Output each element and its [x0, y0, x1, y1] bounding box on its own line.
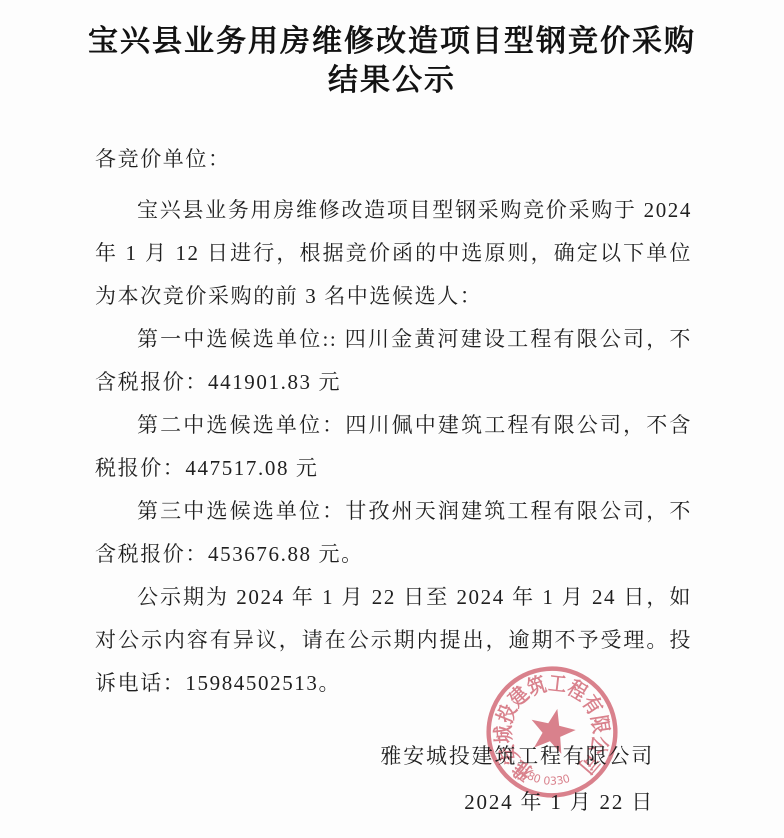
document-title-line-1: 宝兴县业务用房维修改造项目型钢竞价采购: [40, 22, 744, 61]
document-title: 宝兴县业务用房维修改造项目型钢竞价采购 结果公示: [40, 22, 744, 100]
signature-date: 2024 年 1 月 22 日: [0, 779, 654, 825]
signature-block: 雅安城投建筑工程有限公司 2024 年 1 月 22 日: [0, 733, 784, 825]
scanned-document-page: 宝兴县业务用房维修改造项目型钢竞价采购 结果公示 各竞价单位： 宝兴县业务用房维…: [0, 0, 784, 838]
paragraph-candidate-1: 第一中选候选单位:: 四川金黄河建设工程有限公司，不含税报价：441901.83…: [95, 318, 692, 404]
document-body: 各竞价单位： 宝兴县业务用房维修改造项目型钢采购竞价采购于 2024 年 1 月…: [95, 138, 692, 705]
paragraph-candidate-2: 第二中选候选单位：四川佩中建筑工程有限公司，不含税报价：447517.08 元: [95, 404, 692, 490]
salutation: 各竞价单位：: [95, 138, 692, 181]
signature-company: 雅安城投建筑工程有限公司: [0, 733, 654, 779]
paragraph-intro: 宝兴县业务用房维修改造项目型钢采购竞价采购于 2024 年 1 月 12 日进行…: [95, 189, 692, 318]
document-title-line-2: 结果公示: [40, 61, 744, 100]
paragraph-candidate-3: 第三中选候选单位：甘孜州天润建筑工程有限公司，不含税报价：453676.88 元…: [95, 490, 692, 576]
